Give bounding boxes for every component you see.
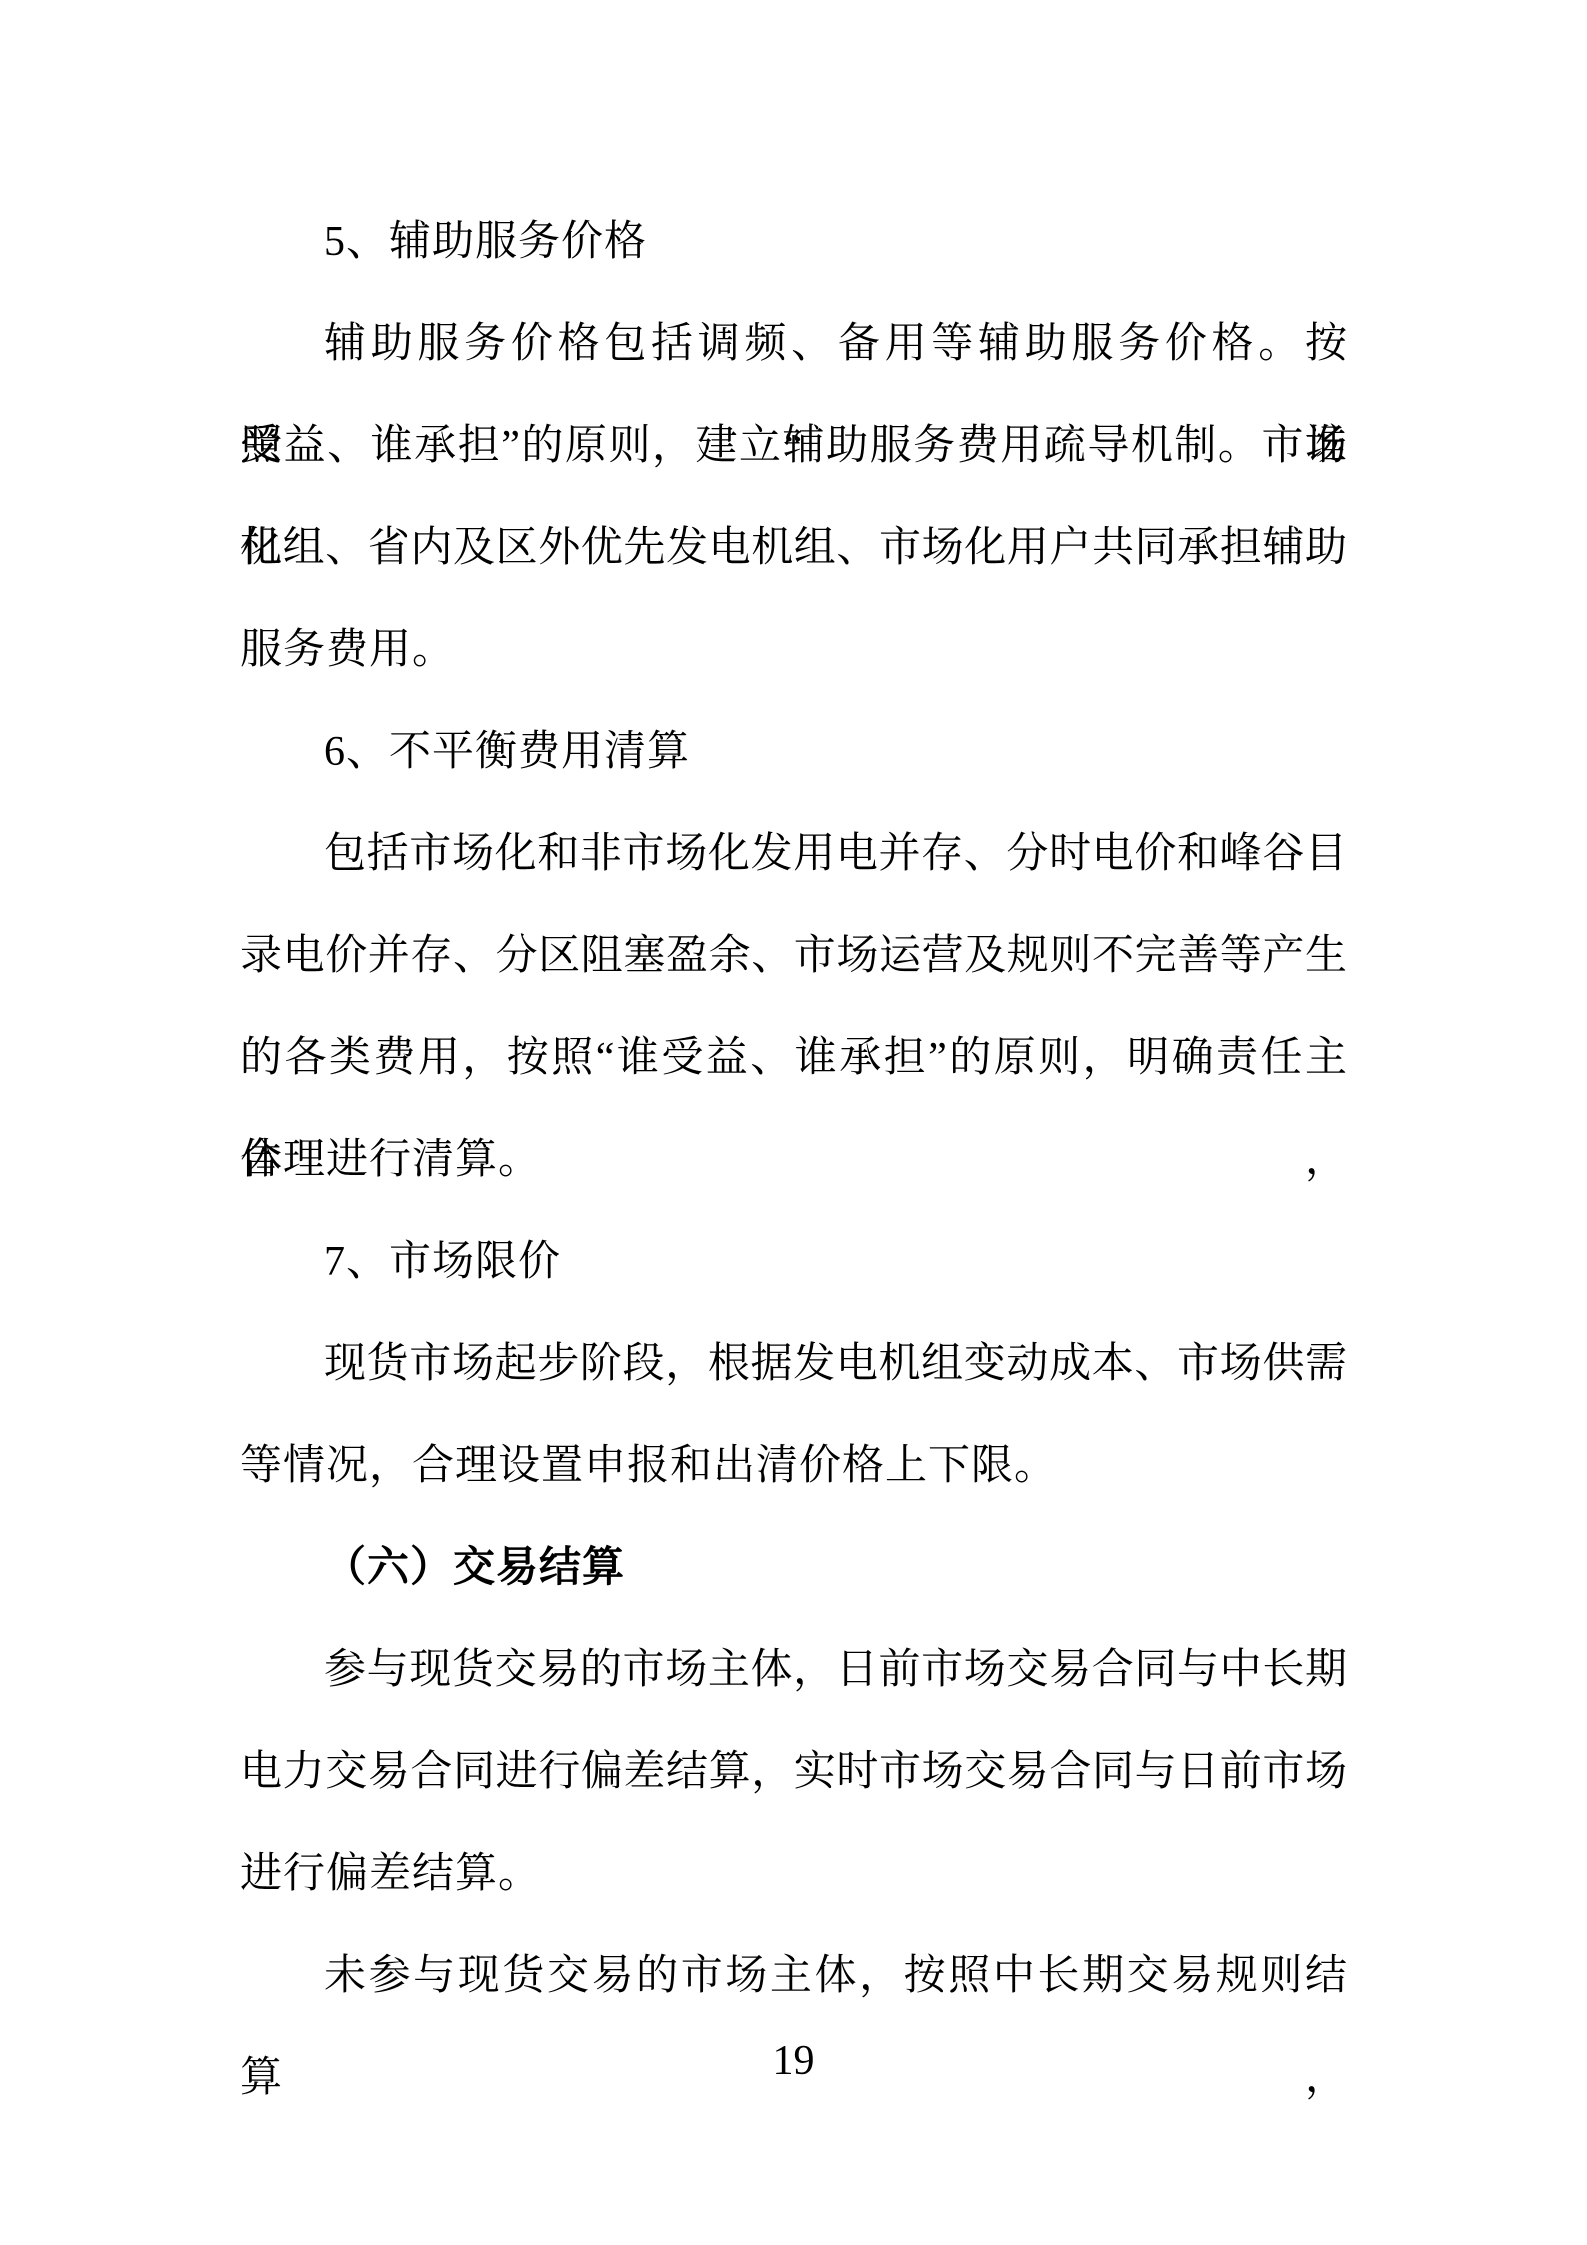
section-heading: （六）交易结算 <box>240 1517 1347 1619</box>
text-line: 等情况，合理设置申报和出清价格上下限。 <box>240 1415 1347 1517</box>
text-line: 受益、谁承担”的原则，建立辅助服务费用疏导机制。市场化 <box>240 395 1347 497</box>
numbered-heading: 5、辅助服务价格 <box>240 191 1347 293</box>
document-body: 5、辅助服务价格 辅助服务价格包括调频、备用等辅助服务价格。按照“谁 受益、谁承… <box>240 191 1347 2027</box>
text-line: 现货市场起步阶段，根据发电机组变动成本、市场供需 <box>240 1313 1347 1415</box>
text-line: 辅助服务价格包括调频、备用等辅助服务价格。按照“谁 <box>240 293 1347 395</box>
numbered-heading: 6、不平衡费用清算 <box>240 701 1347 803</box>
page-number: 19 <box>0 2038 1587 2084</box>
text-line: 机组、省内及区外优先发电机组、市场化用户共同承担辅助 <box>240 497 1347 599</box>
text-line: 未参与现货交易的市场主体，按照中长期交易规则结算， <box>240 1925 1347 2027</box>
text-line: 录电价并存、分区阻塞盈余、市场运营及规则不完善等产生 <box>240 905 1347 1007</box>
text-line: 包括市场化和非市场化发用电并存、分时电价和峰谷目 <box>240 803 1347 905</box>
text-line: 进行偏差结算。 <box>240 1823 1347 1925</box>
text-line: 的各类费用，按照“谁受益、谁承担”的原则，明确责任主体， <box>240 1007 1347 1109</box>
numbered-heading: 7、市场限价 <box>240 1211 1347 1313</box>
text-line: 参与现货交易的市场主体，日前市场交易合同与中长期 <box>240 1619 1347 1721</box>
text-line: 电力交易合同进行偏差结算，实时市场交易合同与日前市场 <box>240 1721 1347 1823</box>
document-page: 5、辅助服务价格 辅助服务价格包括调频、备用等辅助服务价格。按照“谁 受益、谁承… <box>0 0 1587 2245</box>
text-line: 服务费用。 <box>240 599 1347 701</box>
